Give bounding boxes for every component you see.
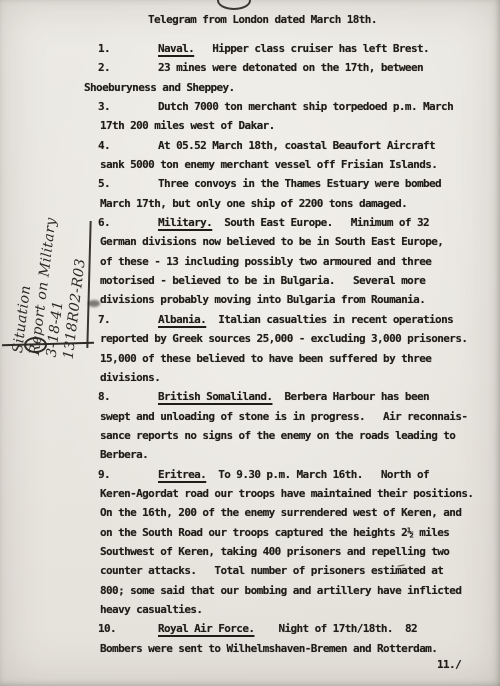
typed-line: 10.Royal Air Force. Night of 17th/18th. … — [84, 619, 473, 638]
typed-text: on the South Road our troops captured th… — [100, 526, 449, 539]
item-number: 10. — [98, 619, 158, 638]
typed-line: divisions. — [84, 368, 473, 387]
document-title: Telegram from London dated March 18th. — [148, 13, 377, 26]
typed-line: 3.Dutch 7000 ton merchant ship torpedoed… — [84, 97, 473, 116]
typed-line: Keren-Agordat road our troops have maint… — [84, 484, 473, 503]
typed-text: heavy casualties. — [100, 603, 202, 616]
typed-line: counter attacks. Total number of prisone… — [84, 561, 473, 580]
typed-text: 15,000 of these believed to have been su… — [100, 352, 431, 365]
typed-text: Three convoys in the Thames Estuary were… — [158, 177, 441, 190]
typed-text: divisions probably moving into Bulgaria … — [100, 293, 425, 306]
typed-line: 2.23 mines were detonated on the 17th, b… — [84, 58, 473, 77]
punch-hole-mark — [217, 0, 251, 10]
typed-text: March 17th, but only one ship of 2200 to… — [100, 197, 407, 210]
typed-text: Hipper class cruiser has left Brest. — [194, 42, 429, 55]
typed-line: Berbera. — [84, 445, 473, 464]
typed-line: 5.Three convoys in the Thames Estuary we… — [84, 174, 473, 193]
typed-text: South East Europe. Minimum of 32 — [212, 216, 429, 229]
typed-text: 23 mines were detonated on the 17th, bet… — [158, 61, 423, 74]
typed-line: 15,000 of these believed to have been su… — [84, 349, 473, 368]
typed-line: 9.Eritrea. To 9.30 p.m. March 16th. Nort… — [84, 465, 473, 484]
typed-text: motorised - believed to be in Bulgaria. … — [100, 274, 425, 287]
typed-text: 17th 200 miles west of Dakar. — [100, 119, 275, 132]
typed-line: sance reports no signs of the enemy on t… — [84, 426, 473, 445]
typed-line: 4.At 05.52 March 18th, coastal Beaufort … — [84, 136, 473, 155]
typed-line: motorised - believed to be in Bulgaria. … — [84, 271, 473, 290]
section-keyword: Military. — [158, 216, 212, 229]
typed-text: Bombers were sent to Wilhelmshaven-Breme… — [100, 642, 437, 655]
ink-smudge — [88, 300, 100, 307]
item-number: 3. — [98, 97, 158, 116]
typed-line: divisions probably moving into Bulgaria … — [84, 290, 473, 309]
section-keyword: Eritrea. — [158, 468, 206, 481]
typed-line: sank 5000 ton enemy merchant vessel off … — [84, 155, 473, 174]
typed-line: 800; some said that our bombing and arti… — [84, 581, 473, 600]
typed-text: Keren-Agordat road our troops have maint… — [100, 487, 473, 500]
typed-line: On the 16th, 200 of the enemy surrendere… — [84, 503, 473, 522]
typed-text: sank 5000 ton enemy merchant vessel off … — [100, 158, 437, 171]
item-number: 5. — [98, 174, 158, 193]
typed-line: on the South Road our troops captured th… — [84, 523, 473, 542]
typed-line: 7.Albania. Italian casualties in recent … — [84, 310, 473, 329]
item-number: 1. — [98, 39, 158, 58]
typed-line: Shoeburyness and Sheppey. — [84, 78, 473, 97]
typed-text: Italian casualties in recent operations — [206, 313, 453, 326]
typed-text: counter attacks. Total number of prisone… — [100, 564, 443, 577]
typed-text: At 05.52 March 18th, coastal Beaufort Ai… — [158, 139, 435, 152]
typed-text: Southwest of Keren, taking 400 prisoners… — [100, 545, 449, 558]
page-number: 11./ — [437, 658, 461, 671]
typed-line: reported by Greek sources 25,000 - exclu… — [84, 329, 473, 348]
typed-text: To 9.30 p.m. March 16th. North of — [206, 468, 429, 481]
section-keyword: Naval. — [158, 42, 194, 55]
typed-line: 1.Naval. Hipper class cruiser has left B… — [84, 39, 473, 58]
typed-line: March 17th, but only one ship of 2200 to… — [84, 194, 473, 213]
typed-text: 800; some said that our bombing and arti… — [100, 584, 461, 597]
item-number: 9. — [98, 465, 158, 484]
typed-text: Shoeburyness and Sheppey. — [84, 81, 235, 94]
typed-line: swept and unloading of stone is in progr… — [84, 407, 473, 426]
margin-flourish-loop — [24, 337, 47, 353]
item-number: 6. — [98, 213, 158, 232]
margin-note: SituationReport on Military3-18-411318R0… — [10, 203, 96, 360]
section-keyword: Albania. — [158, 313, 206, 326]
typed-line: Southwest of Keren, taking 400 prisoners… — [84, 542, 473, 561]
typed-text: reported by Greek sources 25,000 - exclu… — [100, 332, 467, 345]
item-number: 2. — [98, 58, 158, 77]
typed-line: 6.Military. South East Europe. Minimum o… — [84, 213, 473, 232]
typed-body: 1.Naval. Hipper class cruiser has left B… — [84, 39, 473, 658]
typed-text: Berbera. — [100, 448, 148, 461]
typed-text: of these - 13 including possibly two arm… — [100, 255, 431, 268]
typed-line: heavy casualties. — [84, 600, 473, 619]
typed-line: of these - 13 including possibly two arm… — [84, 252, 473, 271]
item-number: 8. — [98, 387, 158, 406]
typed-text: On the 16th, 200 of the enemy surrendere… — [100, 506, 461, 519]
telegram-document-page: Telegram from London dated March 18th. 1… — [0, 0, 500, 686]
typed-text: swept and unloading of stone is in progr… — [100, 410, 467, 423]
item-number: 7. — [98, 310, 158, 329]
typed-line: Bombers were sent to Wilhelmshaven-Breme… — [84, 639, 473, 658]
section-keyword: Royal Air Force. — [158, 622, 254, 635]
typed-text: Berbera Harbour has been — [272, 390, 429, 403]
typed-line: 17th 200 miles west of Dakar. — [84, 116, 473, 135]
typed-text: Night of 17th/18th. 82 — [254, 622, 417, 635]
item-number: 4. — [98, 136, 158, 155]
section-keyword: British Somaliland. — [158, 390, 272, 403]
typed-text: divisions. — [100, 371, 160, 384]
typed-line: German divisions now believed to be in S… — [84, 232, 473, 251]
typed-text: German divisions now believed to be in S… — [100, 235, 443, 248]
typed-text: Dutch 7000 ton merchant ship torpedoed p… — [158, 100, 453, 113]
typed-line: 8.British Somaliland. Berbera Harbour ha… — [84, 387, 473, 406]
typed-text: sance reports no signs of the enemy on t… — [100, 429, 455, 442]
